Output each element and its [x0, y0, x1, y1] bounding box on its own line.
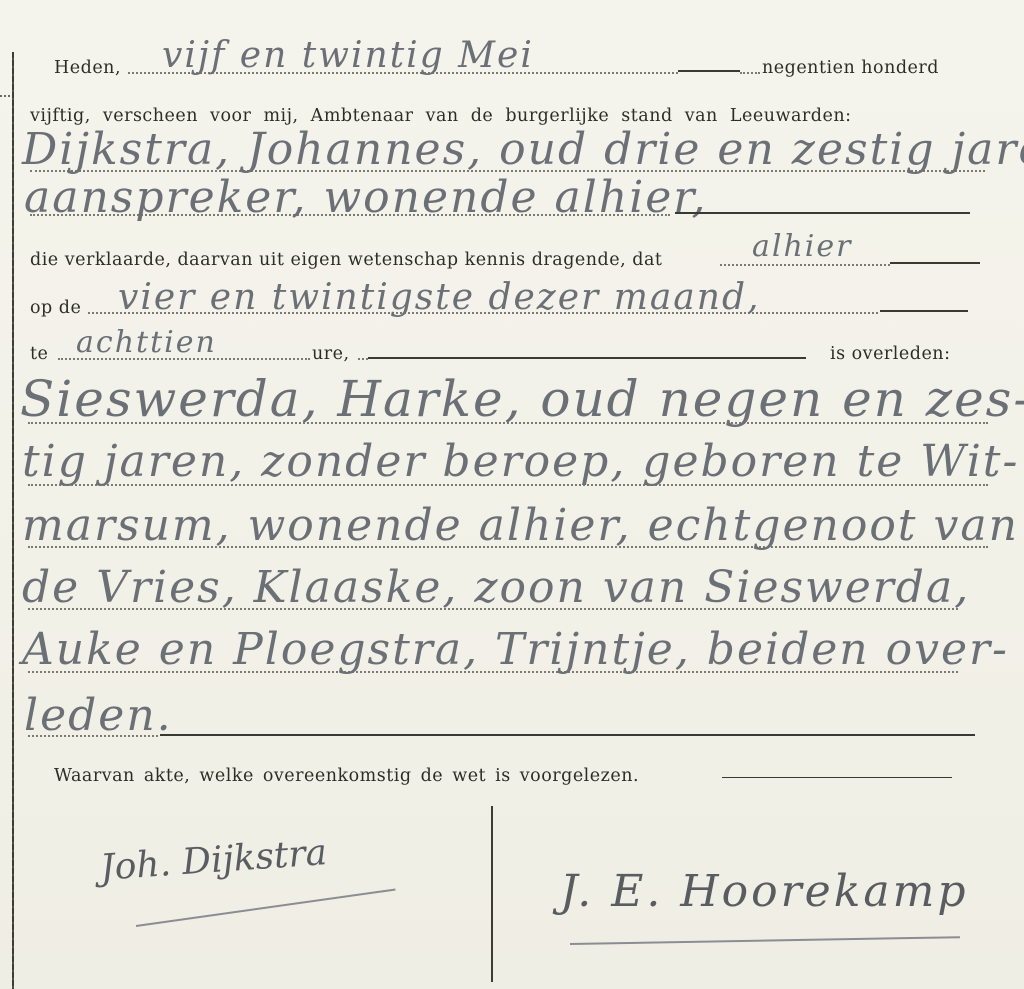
declarant-signature: Joh. Dijkstra — [99, 832, 328, 889]
printed-preamble: vijftig, verscheen voor mij, Ambtenaar v… — [30, 106, 852, 126]
solid-rule — [880, 310, 968, 312]
handwritten-hour: achttien — [76, 328, 217, 358]
margin-dots — [0, 95, 10, 98]
printed-is-overleden: is overleden: — [830, 344, 950, 364]
handwritten-declarant-occupation: aanspreker, wonende alhier, — [24, 176, 708, 220]
handwritten-date-day: vijf en twintig Mei — [162, 38, 534, 74]
handwritten-residence-spouse: marsum, wonende alhier, echtgenoot van — [22, 504, 1019, 548]
handwritten-parents: Auke en Ploegstra, Trijntje, beiden over… — [22, 628, 1009, 672]
printed-closing: Waarvan akte, welke overeenkomstig de we… — [54, 766, 639, 786]
solid-rule — [890, 262, 980, 264]
solid-rule — [675, 212, 970, 214]
handwritten-deceased-name: Sieswerda, Harke, oud negen en zes- — [20, 374, 1024, 424]
handwritten-leden: leden. — [24, 694, 173, 738]
printed-ure: ure, — [312, 344, 350, 364]
solid-rule — [722, 777, 952, 778]
printed-negentien-honderd: negentien honderd — [762, 58, 939, 78]
solid-rule — [678, 70, 740, 72]
solid-rule — [368, 357, 806, 359]
handwritten-place: alhier — [752, 232, 853, 262]
left-margin-rule — [12, 52, 14, 989]
printed-te: te — [30, 344, 48, 364]
dotted-rule — [740, 72, 760, 74]
signature-flourish — [570, 936, 960, 945]
official-signature: J. E. Hoorekamp — [560, 866, 969, 917]
printed-verklaarde: die verklaarde, daarvan uit eigen wetens… — [30, 250, 662, 270]
handwritten-death-date: vier en twintigste dezer maand, — [118, 280, 760, 316]
dotted-rule — [358, 358, 368, 360]
printed-heden: Heden, — [54, 58, 121, 78]
signature-underline — [136, 889, 396, 927]
dotted-rule — [720, 264, 890, 266]
handwritten-declarant-name: Dijkstra, Johannes, oud drie en zestig j… — [22, 128, 1024, 172]
signature-divider — [491, 806, 493, 982]
solid-rule — [160, 734, 975, 736]
handwritten-spouse-parents: de Vries, Klaaske, zoon van Sieswerda, — [22, 566, 970, 610]
document-page: Heden, vijf en twintig Mei negentien hon… — [0, 0, 1024, 989]
handwritten-deceased-details: tig jaren, zonder beroep, geboren te Wit… — [22, 440, 1019, 484]
printed-op-de: op de — [30, 298, 81, 318]
